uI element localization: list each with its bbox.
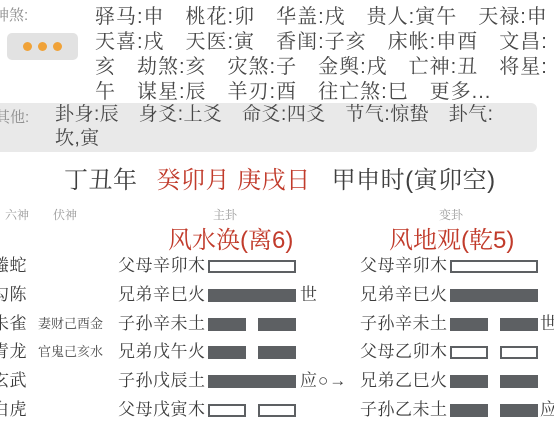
main-line-bar xyxy=(208,375,296,388)
main-line-text: 兄弟辛巳火 xyxy=(118,281,206,309)
ganzhi-date-line: 丁丑年癸卯月 庚戌日甲申时(寅卯空) xyxy=(64,166,496,196)
shensha-line-text: 午 谋星:辰 羊刃:酉 往亡煞:巳 xyxy=(95,81,430,103)
main-line-marker: 世 xyxy=(300,281,318,309)
shensha-line: 驿马:申 桃花:卯 华盖:戌 贵人:寅午 天禄:申 xyxy=(95,5,548,30)
qita-line: 坎,寅 xyxy=(55,127,100,151)
fushen-label: 妻财己酉金 xyxy=(38,310,103,338)
liushen-label: 玄武 xyxy=(0,367,27,395)
main-line-marker moving-line-indicator: 应○→ xyxy=(300,367,347,395)
changed-hexagram-title: 风地观(乾5) xyxy=(389,220,514,255)
main-line-bar xyxy=(208,289,296,302)
changed-line-bar xyxy=(450,318,538,331)
shensha-line: 午 谋星:辰 羊刃:酉 往亡煞:巳 更多... xyxy=(95,80,548,105)
shensha-line: 天喜:戌 天医:寅 香闺:子亥 床帐:申酉 文昌: xyxy=(95,30,548,55)
main-line-bar xyxy=(208,318,296,331)
main-line-bar xyxy=(208,346,296,359)
hexagram-row: 勾陈 兄弟辛巳火 世 兄弟辛巳火 xyxy=(0,281,554,309)
hexagram-row: 朱雀 妻财己酉金 子孙辛未土 子孙辛未土 世 xyxy=(0,310,554,338)
hexagram-row: 螣蛇 父母辛卯木 父母辛卯木 xyxy=(0,252,554,280)
liuyao-detail-panel: 神煞: 驿马:申 桃花:卯 华盖:戌 贵人:寅午 天禄:申 天喜:戌 天医:寅 … xyxy=(0,0,554,427)
changed-line-text: 兄弟乙巳火 xyxy=(360,367,448,395)
month-day-pillar: 癸卯月 庚戌日 xyxy=(157,167,311,194)
fushen-column-header: 伏神 xyxy=(53,206,77,223)
liushen-label: 朱雀 xyxy=(0,310,27,338)
hexagram-row: 青龙 官鬼己亥水 兄弟戊午火 父母乙卯木 xyxy=(0,338,554,366)
main-line-bar xyxy=(208,404,296,417)
qita-label: 其他: xyxy=(0,108,29,128)
fushen-label: 官鬼己亥水 xyxy=(38,338,103,366)
shensha-list: 驿马:申 桃花:卯 华盖:戌 贵人:寅午 天禄:申 天喜:戌 天医:寅 香闺:子… xyxy=(95,5,548,105)
ellipsis-dot-icon xyxy=(23,42,32,51)
changed-line-bar xyxy=(450,375,538,388)
hexagram-row: 玄武 子孙戊辰土 应○→ 兄弟乙巳火 xyxy=(0,367,554,395)
more-link[interactable]: 更多... xyxy=(430,81,492,103)
more-options-button[interactable] xyxy=(7,33,78,60)
main-line-text: 子孙辛未土 xyxy=(118,310,206,338)
qita-line: 卦身:辰 身爻:上爻 命爻:四爻 节气:惊蛰 卦气: xyxy=(55,103,493,127)
liushen-column-header: 六神 xyxy=(5,206,29,223)
main-line-text: 父母戊寅木 xyxy=(118,396,206,424)
changed-line-text: 父母辛卯木 xyxy=(360,252,448,280)
changed-line-bar xyxy=(450,260,538,273)
main-hexagram-title: 风水涣(离6) xyxy=(168,220,293,255)
changed-line-bar xyxy=(450,404,538,417)
changed-line-text: 兄弟辛巳火 xyxy=(360,281,448,309)
changed-line-marker: 世 xyxy=(540,310,554,338)
changed-line-bar xyxy=(450,289,538,302)
ellipsis-dot-icon xyxy=(38,42,47,51)
changed-line-bar xyxy=(450,346,538,359)
ellipsis-dot-icon xyxy=(53,42,62,51)
hexagram-row: 白虎 父母戊寅木 子孙乙未土 应 xyxy=(0,396,554,424)
shensha-line: 亥 劫煞:亥 灾煞:子 金舆:戌 亡神:丑 将星: xyxy=(95,55,548,80)
liushen-label: 勾陈 xyxy=(0,281,27,309)
main-line-text: 父母辛卯木 xyxy=(118,252,206,280)
changed-line-text: 子孙乙未土 xyxy=(360,396,448,424)
changed-line-text: 父母乙卯木 xyxy=(360,338,448,366)
year-pillar: 丁丑年 xyxy=(64,167,138,194)
liushen-label: 螣蛇 xyxy=(0,252,27,280)
liushen-label: 青龙 xyxy=(0,338,27,366)
hour-pillar: 甲申时(寅卯空) xyxy=(332,167,496,194)
main-line-bar xyxy=(208,260,296,273)
changed-line-text: 子孙辛未土 xyxy=(360,310,448,338)
main-line-text: 兄弟戊午火 xyxy=(118,338,206,366)
shensha-label: 神煞: xyxy=(0,6,28,26)
liushen-label: 白虎 xyxy=(0,396,27,424)
main-line-text: 子孙戊辰土 xyxy=(118,367,206,395)
changed-line-marker: 应 xyxy=(540,396,554,424)
